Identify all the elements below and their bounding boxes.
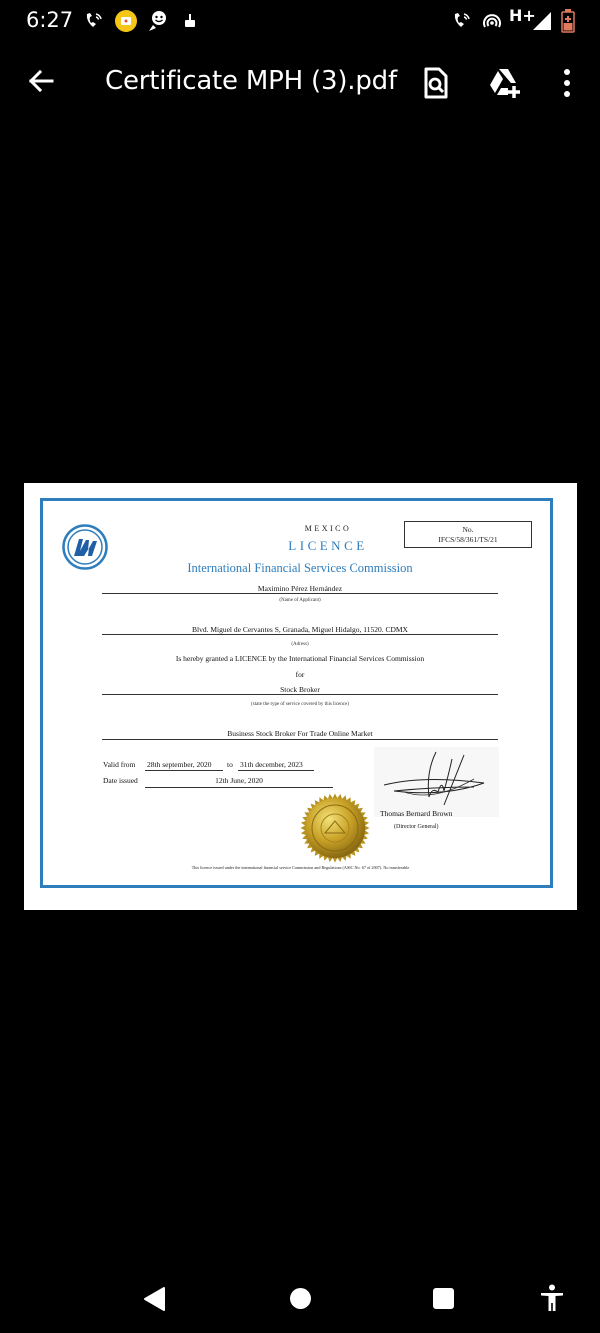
- service-caption: (state the type of service covered by th…: [102, 702, 498, 707]
- signatory-title: (Director General): [394, 824, 438, 830]
- service-description: Business Stock Broker For Trade Online M…: [102, 729, 498, 738]
- signatory-name: Thomas Bernard Brown: [380, 809, 452, 818]
- document-search-icon[interactable]: [419, 66, 453, 100]
- divider: [145, 787, 333, 788]
- gold-seal-icon: [300, 793, 370, 863]
- divider: [102, 739, 498, 740]
- status-bar: 6:27 H+: [0, 0, 600, 42]
- licence-number-box: No. IFCS/58/361/TS/21: [404, 521, 532, 548]
- navigation-bar: [0, 1262, 600, 1333]
- divider: [145, 770, 223, 771]
- signature-image: [374, 747, 499, 817]
- footer-note: This licence issued under the internatio…: [84, 865, 517, 870]
- cleaner-icon: [184, 13, 196, 29]
- to-label: to: [227, 760, 233, 769]
- divider: [102, 593, 498, 594]
- grant-text: Is hereby granted a LICENCE by the Inter…: [102, 654, 498, 663]
- battery-charging-icon: [561, 9, 575, 33]
- wifi-calling-icon-right: [452, 11, 472, 31]
- valid-from-date: 28th september, 2020: [147, 760, 211, 769]
- service-type: Stock Broker: [102, 685, 498, 694]
- arrow-left-icon[interactable]: [26, 66, 56, 96]
- hotspot-icon: [481, 11, 503, 31]
- status-time: 6:27: [26, 8, 73, 32]
- licence-heading: LICENCE: [248, 538, 408, 554]
- notification-badge-icon: [114, 9, 138, 33]
- for-text: for: [102, 670, 498, 679]
- issuer-name: International Financial Services Commiss…: [164, 561, 436, 576]
- document-title: Certificate MPH (3).pdf: [105, 66, 397, 96]
- back-triangle-icon[interactable]: [143, 1286, 167, 1312]
- app-bar: Certificate MPH (3).pdf: [0, 52, 600, 114]
- home-circle-icon[interactable]: [289, 1287, 312, 1310]
- divider: [102, 634, 498, 635]
- certificate-content: MEXICO LICENCE International Financial S…: [24, 483, 577, 910]
- date-issued-label: Date issued: [103, 776, 138, 785]
- more-vert-icon[interactable]: [550, 66, 584, 100]
- country-label: MEXICO: [278, 524, 378, 533]
- applicant-name: Maximino Pérez Hernández: [102, 584, 498, 593]
- drive-add-icon[interactable]: [488, 66, 522, 100]
- accessibility-icon[interactable]: [540, 1284, 564, 1312]
- signal-icon: [532, 11, 552, 31]
- pdf-page[interactable]: MEXICO LICENCE International Financial S…: [24, 483, 577, 910]
- valid-from-label: Valid from: [103, 760, 135, 769]
- commission-logo-icon: [62, 524, 108, 570]
- divider: [238, 770, 314, 771]
- licence-number: IFCS/58/361/TS/21: [405, 535, 531, 545]
- date-issued: 12th June, 2020: [145, 776, 333, 785]
- applicant-caption: (Name of Applicant): [102, 598, 498, 603]
- number-label: No.: [405, 525, 531, 535]
- applicant-address: Blvd. Miguel de Cervantes S, Granada, Mi…: [102, 625, 498, 634]
- wifi-calling-icon: [84, 12, 104, 30]
- divider: [102, 694, 498, 695]
- recents-square-icon[interactable]: [432, 1287, 455, 1310]
- assistant-icon: [146, 9, 170, 33]
- valid-to-date: 31th december, 2023: [240, 760, 303, 769]
- address-caption: (Adress): [102, 642, 498, 647]
